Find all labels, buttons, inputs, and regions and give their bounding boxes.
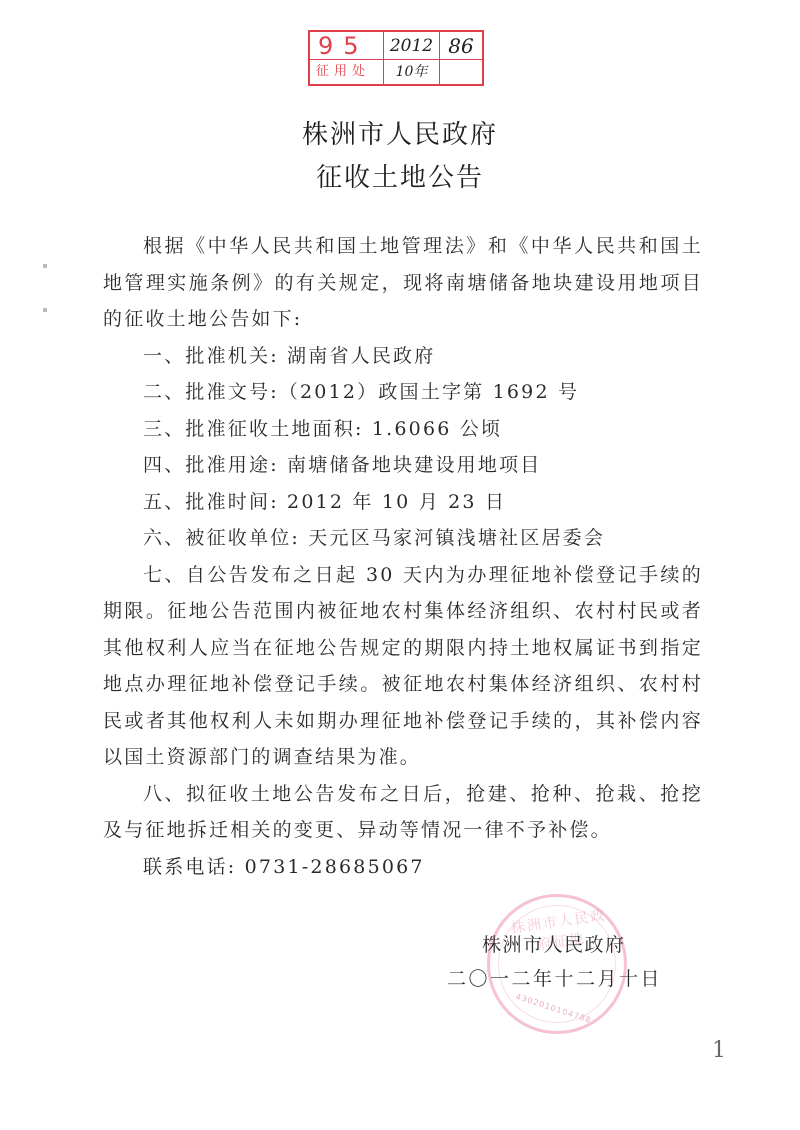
page-number: 1 [712, 1038, 726, 1063]
stamp-year: 2012 [384, 32, 440, 60]
clause-seven: 七、自公告发布之日起 30 天内为办理征地补偿登记手续的期限。征地公告范围内被征… [103, 557, 703, 776]
item-approval-date: 五、批准时间: 2012 年 10 月 23 日 [103, 484, 703, 521]
stamp-number: 95 [310, 32, 384, 60]
item-approval-number: 二、批准文号:（2012）政国土字第 1692 号 [103, 374, 703, 411]
intro-paragraph: 根据《中华人民共和国土地管理法》和《中华人民共和国土地管理实施条例》的有关规定，… [103, 228, 703, 338]
item-land-area: 三、批准征收土地面积: 1.6066 公顷 [103, 411, 703, 448]
registration-stamp: 95 2012 86 征用处 10年 [308, 30, 484, 86]
item-land-use: 四、批准用途: 南塘储备地块建设用地项目 [103, 447, 703, 484]
document-title: 征收土地公告 [0, 157, 800, 194]
signing-date: 二〇一二年十二月十日 [447, 964, 662, 991]
stamp-sequence: 86 [440, 32, 482, 60]
contact-phone: 联系电话: 0731-28685067 [103, 849, 703, 886]
document-issuer-title: 株洲市人民政府 [0, 114, 800, 151]
stamp-empty-cell [440, 60, 482, 84]
item-expropriated-unit: 六、被征收单位: 天元区马家河镇浅塘社区居委会 [103, 520, 703, 557]
margin-mark [43, 264, 47, 268]
margin-mark [43, 308, 47, 312]
stamp-month: 10年 [384, 60, 440, 84]
stamp-office: 征用处 [310, 60, 384, 84]
clause-eight: 八、拟征收土地公告发布之日后，抢建、抢种、抢栽、抢挖及与征地拆迁相关的变更、异动… [103, 776, 703, 849]
item-approval-authority: 一、批准机关: 湖南省人民政府 [103, 338, 703, 375]
signatory: 株洲市人民政府 [482, 930, 626, 957]
document-body: 根据《中华人民共和国土地管理法》和《中华人民共和国土地管理实施条例》的有关规定，… [103, 228, 703, 885]
